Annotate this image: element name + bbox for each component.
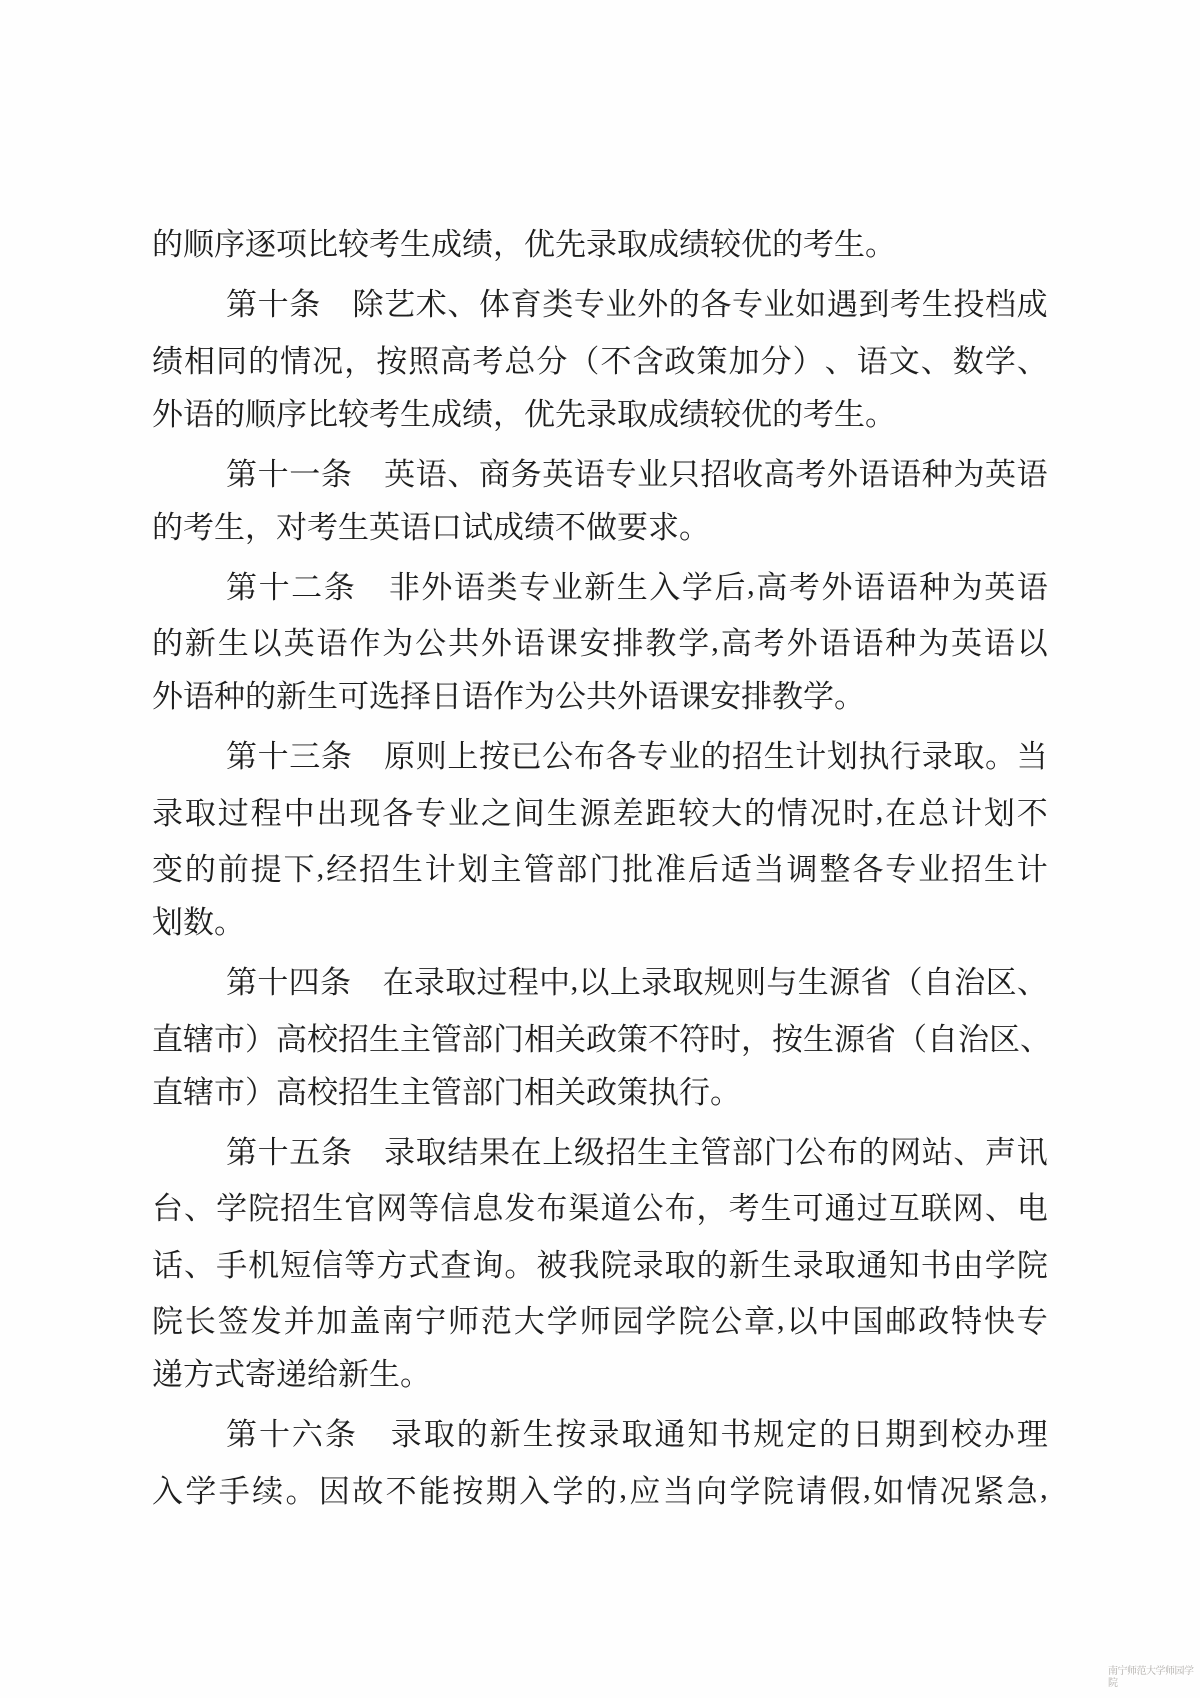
text-line: 递方式寄递给新生。 — [152, 1347, 1048, 1404]
text-line: 绩相同的情况，按照高考总分（不含政策加分）、语文、数学、 — [152, 330, 1048, 387]
text-line: 话、手机短信等方式查询。被我院录取的新生录取通知书由学院 — [152, 1234, 1048, 1291]
text-line: 第十六条 录取的新生按录取通知书规定的日期到校办理 — [152, 1404, 1048, 1461]
text-line: 第十五条 录取结果在上级招生主管部门公布的网站、声讯 — [152, 1121, 1048, 1178]
text-line: 第十四条 在录取过程中,以上录取规则与生源省（自治区、 — [152, 952, 1048, 1009]
text-line: 院长签发并加盖南宁师范大学师园学院公章,以中国邮政特快专 — [152, 1291, 1048, 1348]
text-line: 入学手续。因故不能按期入学的,应当向学院请假,如情况紧急, — [152, 1460, 1048, 1517]
text-line: 直辖市）高校招生主管部门相关政策不符时，按生源省（自治区、 — [152, 1008, 1048, 1065]
document-page: 的顺序逐项比较考生成绩，优先录取成绩较优的考生。第十条 除艺术、体育类专业外的各… — [0, 0, 1200, 1698]
text-line: 的考生，对考生英语口试成绩不做要求。 — [152, 500, 1048, 557]
text-line: 外语种的新生可选择日语作为公共外语课安排教学。 — [152, 669, 1048, 726]
text-line: 第十三条 原则上按已公布各专业的招生计划执行录取。当 — [152, 726, 1048, 783]
watermark-text: 南宁师范大学师园学院 — [1108, 1666, 1200, 1690]
text-line: 外语的顺序比较考生成绩，优先录取成绩较优的考生。 — [152, 387, 1048, 444]
text-line: 的新生以英语作为公共外语课安排教学,高考外语语种为英语以 — [152, 613, 1048, 670]
text-line: 的顺序逐项比较考生成绩，优先录取成绩较优的考生。 — [152, 217, 1048, 274]
text-line: 直辖市）高校招生主管部门相关政策执行。 — [152, 1065, 1048, 1122]
text-line: 第十条 除艺术、体育类专业外的各专业如遇到考生投档成 — [152, 274, 1048, 331]
text-line: 台、学院招生官网等信息发布渠道公布，考生可通过互联网、电 — [152, 1178, 1048, 1235]
text-line: 第十一条 英语、商务英语专业只招收高考外语语种为英语 — [152, 443, 1048, 500]
document-text-block: 的顺序逐项比较考生成绩，优先录取成绩较优的考生。第十条 除艺术、体育类专业外的各… — [152, 217, 1048, 1517]
text-line: 录取过程中出现各专业之间生源差距较大的情况时,在总计划不 — [152, 782, 1048, 839]
text-line: 第十二条 非外语类专业新生入学后,高考外语语种为英语 — [152, 556, 1048, 613]
text-line: 变的前提下,经招生计划主管部门批准后适当调整各专业招生计 — [152, 839, 1048, 896]
text-line: 划数。 — [152, 895, 1048, 952]
